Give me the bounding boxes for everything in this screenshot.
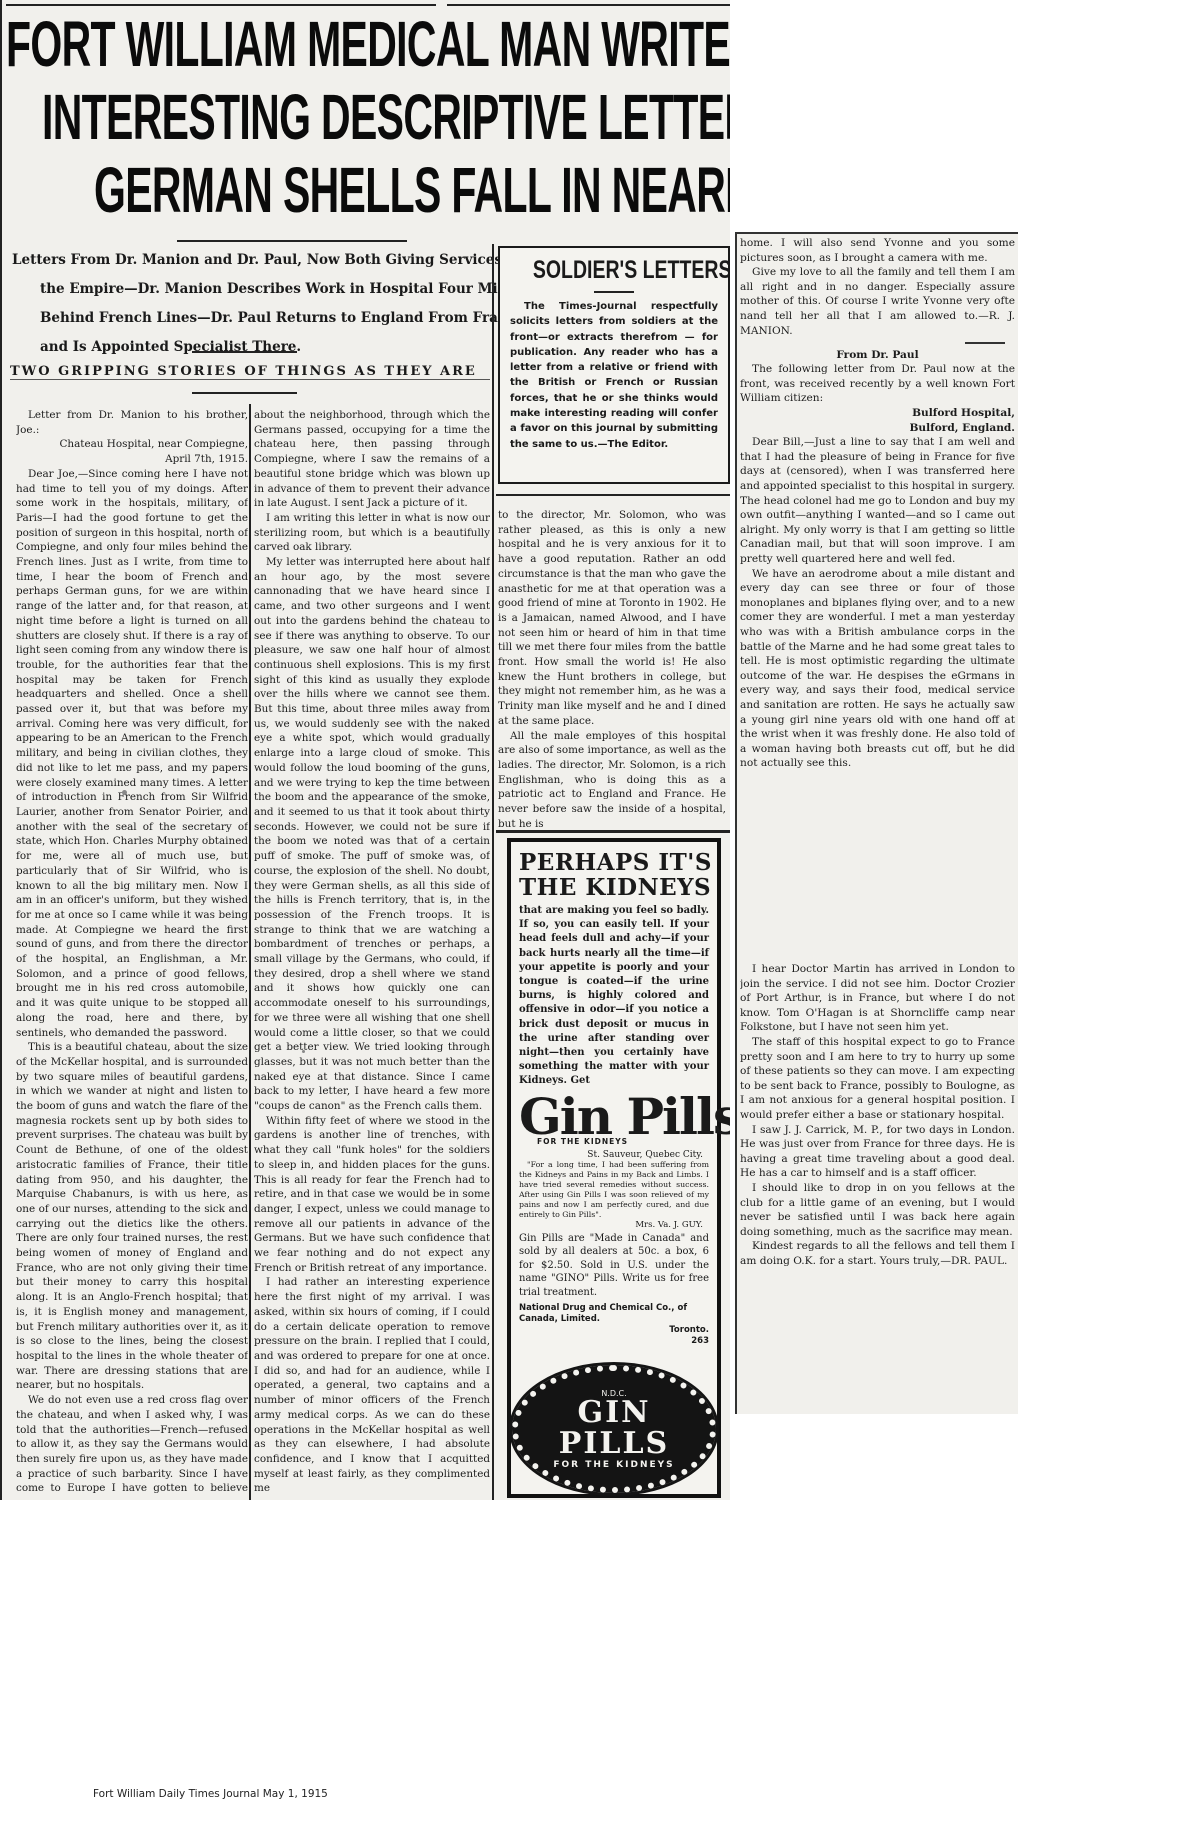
pill-box-illustration: N.D.C. GIN PILLS FOR THE KIDNEYS <box>512 1365 716 1493</box>
paragraph: Dear Bill,—Just a line to say that I am … <box>740 435 1015 566</box>
ad-logo: Gin Pills <box>519 1093 709 1141</box>
soldiers-letters-rule <box>594 291 634 293</box>
ad-made-in-canada: Gin Pills are "Made in Canada" and sold … <box>519 1232 709 1300</box>
print-speck <box>302 1050 305 1053</box>
deck-line-3: Behind French Lines—Dr. Paul Returns to … <box>12 304 492 333</box>
paragraph: I should like to drop in on you fellows … <box>740 1181 1015 1239</box>
top-rule <box>6 4 436 6</box>
pill-box-label-gin: GIN <box>577 1398 650 1428</box>
box-bottom-rule <box>496 494 730 496</box>
paul-heading: From Dr. Paul <box>740 348 1015 363</box>
paragraph: My letter was interrupted here about hal… <box>254 555 490 1114</box>
headline-underline <box>177 240 407 242</box>
article-column-5: I hear Doctor Martin has arrived in Lond… <box>740 962 1015 1412</box>
ad-company-city: Toronto. <box>519 1325 709 1336</box>
soldiers-letters-title: SOLDIER'S LETTERS <box>533 256 695 285</box>
soldiers-letters-box: SOLDIER'S LETTERS The Times-Journal resp… <box>498 246 730 484</box>
ad-testimonial: "For a long time, I had been suffering f… <box>519 1160 709 1220</box>
ad-location: St. Sauveur, Quebec City. <box>519 1150 709 1160</box>
ad-company-line-1: National Drug and Chemical Co., <box>519 1303 675 1313</box>
ad-title-line-1: PERHAPS IT'S <box>519 850 709 875</box>
section-rule <box>965 342 1005 344</box>
ad-company: National Drug and Chemical Co., of Canad… <box>519 1303 709 1347</box>
pill-box-label-kidneys: FOR THE KIDNEYS <box>553 1460 674 1470</box>
paragraph: I hear Doctor Martin has arrived in Lond… <box>740 962 1015 1035</box>
ad-body: that are making you feel so badly. If so… <box>519 904 709 1089</box>
headline-line-1: FORT WILLIAM MEDICAL MAN WRITES <box>6 12 469 76</box>
subhead-rule-top <box>192 351 297 353</box>
headline-line-3: GERMAN SHELLS FALL IN NEARBY FIELD <box>94 158 557 222</box>
ad-signature: Mrs. Va. J. GUY. <box>519 1220 709 1230</box>
paragraph: Give my love to all the family and tell … <box>740 265 1015 338</box>
paragraph: The staff of this hospital expect to go … <box>740 1035 1015 1123</box>
pill-box-label-pills: PILLS <box>559 1428 669 1460</box>
headline-line-2: INTERESTING DESCRIPTIVE LETTER AS <box>42 85 505 149</box>
paragraph: Dear Joe,—Since coming here I have not h… <box>16 467 248 1040</box>
image-caption: Fort William Daily Times Journal May 1, … <box>93 1788 328 1800</box>
ad-number: 263 <box>519 1336 709 1347</box>
letter-place: Chateau Hospital, near Compiegne, <box>16 437 248 452</box>
paragraph: about the neighborhood, through which th… <box>254 408 490 511</box>
print-speck <box>122 790 127 795</box>
article-column-3: to the director, Mr. Solomon, who was ra… <box>498 508 726 828</box>
paragraph: All the male employes of this hospital a… <box>498 729 726 828</box>
column-divider <box>249 404 251 1500</box>
deck-line-2: the Empire—Dr. Manion Describes Work in … <box>12 275 492 304</box>
deck-subheadline: Letters From Dr. Manion and Dr. Paul, No… <box>12 246 492 362</box>
article-column-2: about the neighborhood, through which th… <box>254 408 490 1498</box>
paragraph: I am writing this letter in what is now … <box>254 511 490 555</box>
paragraph: to the director, Mr. Solomon, who was ra… <box>498 508 726 729</box>
ad-top-rule <box>496 830 730 833</box>
paragraph: We do not even use a red cross flag over… <box>16 1393 248 1498</box>
paul-intro: The following letter from Dr. Paul now a… <box>740 362 1015 406</box>
deck-line-1: Letters From Dr. Manion and Dr. Paul, No… <box>12 246 492 275</box>
paragraph: I had rather an interesting experience h… <box>254 1275 490 1496</box>
deck-line-4: and Is Appointed Specialist There. <box>12 333 492 362</box>
paul-place: Bulford Hospital, <box>740 406 1015 421</box>
letter-intro: Letter from Dr. Manion to his brother, J… <box>16 408 248 437</box>
paragraph: We have an aerodrome about a mile distan… <box>740 567 1015 771</box>
subhead-rule-bottom <box>192 392 297 394</box>
paul-place-2: Bulford, England. <box>740 421 1015 436</box>
paragraph: I saw J. J. Carrick, M. P., for two days… <box>740 1123 1015 1181</box>
newspaper-clipping-main: FORT WILLIAM MEDICAL MAN WRITES INTEREST… <box>0 0 730 1500</box>
article-column-1: Letter from Dr. Manion to his brother, J… <box>16 408 248 1498</box>
paragraph: This is a beautiful chateau, about the s… <box>16 1040 248 1393</box>
paragraph: home. I will also send Yvonne and you so… <box>740 236 1015 265</box>
soldiers-letters-body: The Times-Journal respectfully solicits … <box>510 299 718 452</box>
paragraph: Within fifty feet of where we stood in t… <box>254 1114 490 1276</box>
ad-title-line-2: THE KIDNEYS <box>519 875 709 900</box>
top-rule-right <box>447 4 730 6</box>
letter-date: April 7th, 1915. <box>16 452 248 467</box>
column-divider <box>492 244 494 1500</box>
paragraph: Kindest regards to all the fellows and t… <box>740 1239 1015 1268</box>
section-subheading: TWO GRIPPING STORIES OF THINGS AS THEY A… <box>10 364 490 380</box>
article-column-4: home. I will also send Yvonne and you so… <box>740 236 1015 956</box>
